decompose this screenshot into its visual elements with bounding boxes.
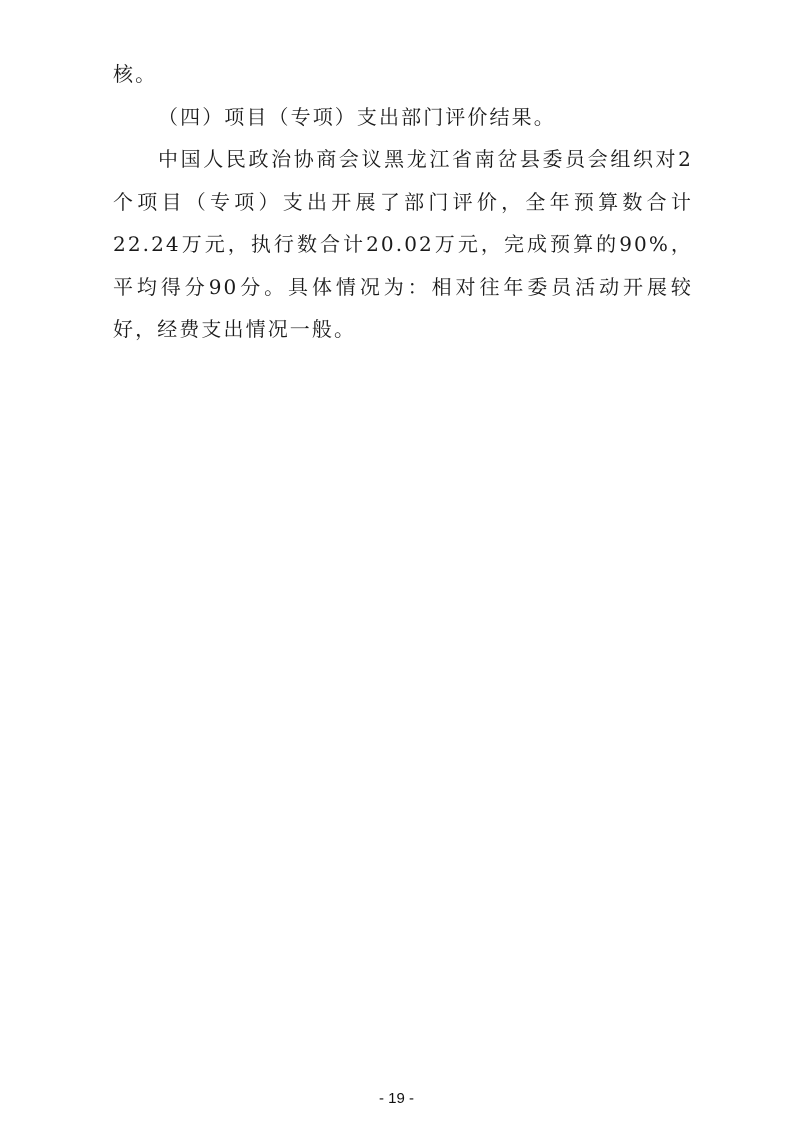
page-number: - 19 - bbox=[0, 1090, 793, 1107]
section-heading: （四）项目（专项）支出部门评价结果。 bbox=[113, 96, 693, 139]
document-page: 核。 （四）项目（专项）支出部门评价结果。 中国人民政治协商会议黑龙江省南岔县委… bbox=[0, 0, 793, 1122]
paragraph-evaluation-result: 中国人民政治协商会议黑龙江省南岔县委员会组织对2个项目（专项）支出开展了部门评价… bbox=[113, 138, 693, 351]
paragraph-continuation: 核。 bbox=[113, 53, 693, 96]
body-text: 核。 （四）项目（专项）支出部门评价结果。 中国人民政治协商会议黑龙江省南岔县委… bbox=[113, 53, 693, 351]
